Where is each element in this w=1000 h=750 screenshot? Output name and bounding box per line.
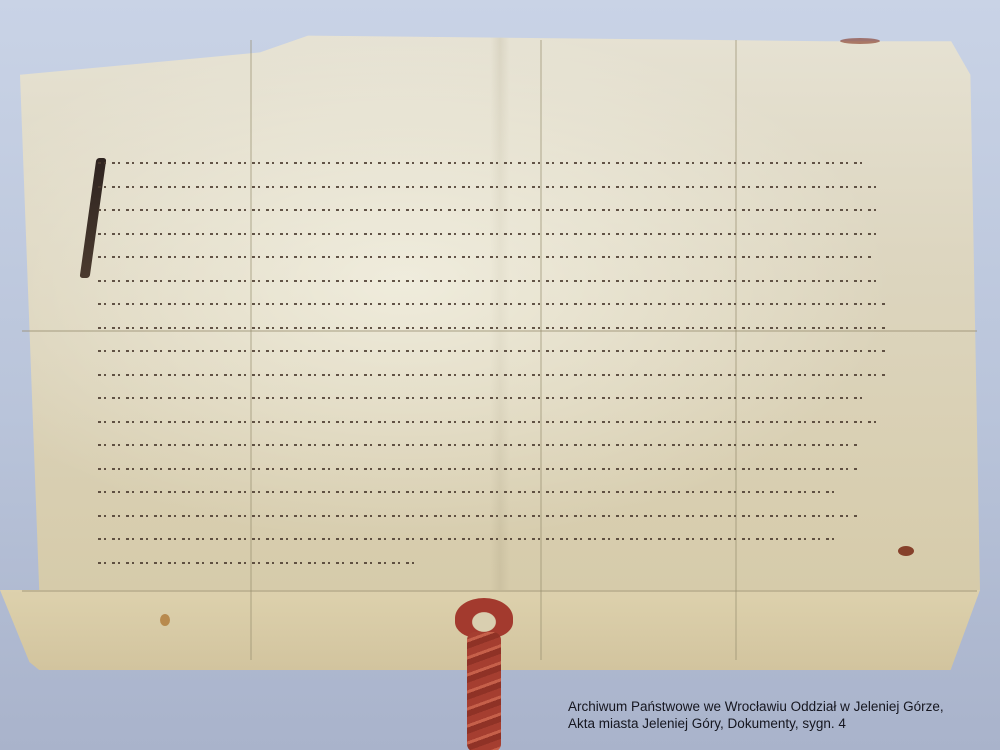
manuscript-text <box>68 150 888 573</box>
text-line <box>98 526 838 550</box>
archive-caption: Archiwum Państwowe we Wrocławiu Oddział … <box>568 698 944 732</box>
red-braided-cord <box>455 598 513 750</box>
text-line <box>98 362 888 386</box>
photo-scene: Archiwum Państwowe we Wrocławiu Oddział … <box>0 0 1000 750</box>
cord-braid <box>467 632 501 750</box>
text-line <box>98 503 858 527</box>
text-line <box>98 409 878 433</box>
text-line <box>98 432 858 456</box>
fold-crease <box>22 590 977 592</box>
text-line <box>98 550 418 574</box>
caption-line-1: Archiwum Państwowe we Wrocławiu Oddział … <box>568 698 944 715</box>
text-line <box>98 479 838 503</box>
text-line <box>98 338 888 362</box>
stain-mark <box>160 614 170 626</box>
text-line <box>98 385 868 409</box>
text-line <box>98 456 858 480</box>
text-line <box>98 244 873 268</box>
caption-line-2: Akta miasta Jeleniej Góry, Dokumenty, sy… <box>568 715 944 732</box>
wax-stain <box>898 546 914 556</box>
text-line <box>98 291 888 315</box>
text-line <box>98 150 868 174</box>
stain-mark <box>840 38 880 44</box>
text-line <box>98 174 878 198</box>
text-line <box>98 268 878 292</box>
text-line <box>98 315 888 339</box>
text-line <box>98 221 878 245</box>
text-line <box>98 197 878 221</box>
